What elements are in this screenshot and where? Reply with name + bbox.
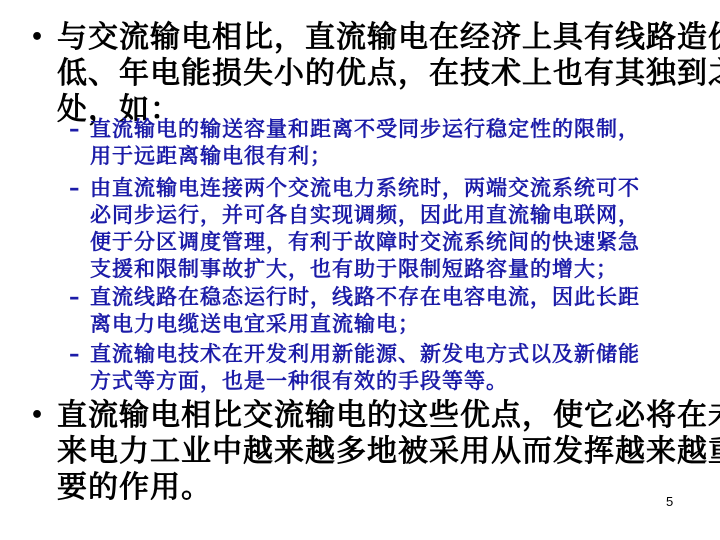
- sub-bullet-text-line: 直流输电技术在开发利用新能源、新发电方式以及新储能: [90, 341, 680, 368]
- dash-marker: –: [69, 116, 81, 143]
- sub-bullet-text-line: 离电力电缆送电宜采用直流输电；: [90, 311, 680, 338]
- sub-bullet-text-line: 用于远距离输电很有利；: [90, 143, 680, 170]
- bullet-marker: •: [30, 398, 45, 434]
- sub-bullet-text-line: 直流线路在稳态运行时，线路不存在电容电流，因此长距: [90, 284, 680, 311]
- sub-bullet-text-line: 必同步运行，并可各自实现调频，因此用直流输电联网，: [90, 202, 680, 229]
- sub-bullet-text-line: 支援和限制事故扩大，也有助于限制短路容量的增大；: [90, 256, 680, 283]
- sub-bullet-item: – 直流输电的输送容量和距离不受同步运行稳定性的限制， 用于远距离输电很有利；: [90, 116, 680, 170]
- bullet-text-line: 要的作用。: [57, 470, 687, 506]
- slide: • 与交流输电相比，直流输电在经济上具有线路造价 低、年电能损失小的优点，在技术…: [0, 0, 720, 540]
- bullet-text-line: 来电力工业中越来越多地被采用从而发挥越来越重: [57, 434, 687, 470]
- dash-marker: –: [69, 175, 81, 202]
- sub-bullet-item: – 直流输电技术在开发利用新能源、新发电方式以及新储能 方式等方面，也是一种很有…: [90, 341, 680, 395]
- sub-bullet-item: – 由直流输电连接两个交流电力系统时，两端交流系统可不 必同步运行，并可各自实现…: [90, 175, 680, 283]
- bullet-item: • 直流输电相比交流输电的这些优点，使它必将在未 来电力工业中越来越多地被采用从…: [57, 398, 687, 506]
- sub-bullet-text-line: 直流输电的输送容量和距离不受同步运行稳定性的限制，: [90, 116, 680, 143]
- sub-bullet-item: – 直流线路在稳态运行时，线路不存在电容电流，因此长距 离电力电缆送电宜采用直流…: [90, 284, 680, 338]
- bullet-marker: •: [30, 20, 45, 56]
- bullet-item: • 与交流输电相比，直流输电在经济上具有线路造价 低、年电能损失小的优点，在技术…: [57, 20, 687, 128]
- bullet-text-line: 低、年电能损失小的优点，在技术上也有其独到之: [57, 56, 687, 92]
- dash-marker: –: [69, 341, 81, 368]
- page-number: 5: [666, 494, 673, 509]
- bullet-text-line: 与交流输电相比，直流输电在经济上具有线路造价: [57, 20, 687, 56]
- dash-marker: –: [69, 284, 81, 311]
- sub-bullet-text-line: 由直流输电连接两个交流电力系统时，两端交流系统可不: [90, 175, 680, 202]
- sub-bullet-text-line: 方式等方面，也是一种很有效的手段等等。: [90, 368, 680, 395]
- sub-bullet-text-line: 便于分区调度管理，有利于故障时交流系统间的快速紧急: [90, 229, 680, 256]
- bullet-text-line: 直流输电相比交流输电的这些优点，使它必将在未: [57, 398, 687, 434]
